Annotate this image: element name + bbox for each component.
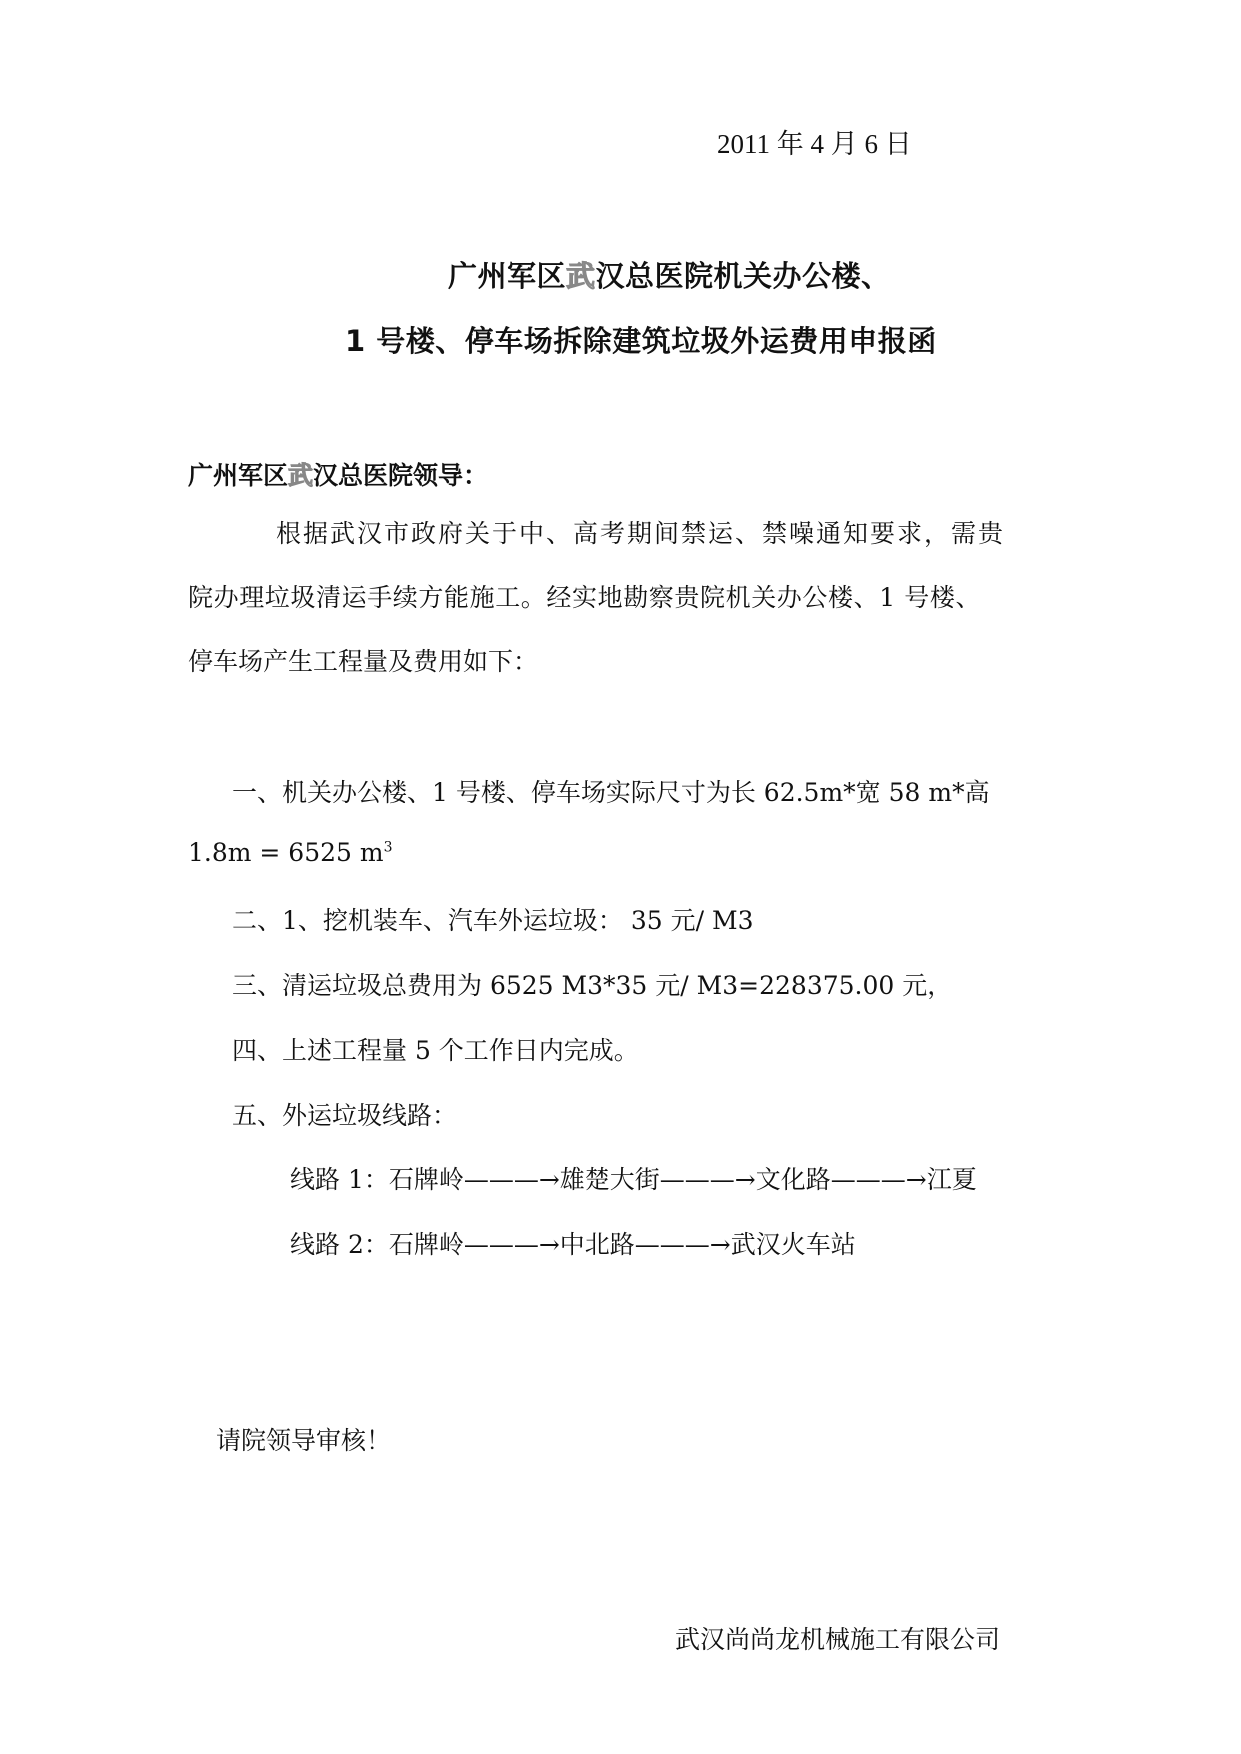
intro-paragraph-line-2: 院办理垃圾清运手续方能施工。经实地勘察贵院机关办公楼、1 号楼、: [188, 578, 981, 614]
item-2: 二、1、挖机装车、汽车外运垃圾： 35 元/ M3: [232, 901, 754, 937]
item-3: 三、清运垃圾总费用为 6525 M3*35 元/ M3=228375.00 元，: [232, 966, 952, 1002]
item-1-line-1: 一、机关办公楼、1 号楼、停车场实际尺寸为长 62.5m*宽 58 m*高: [232, 773, 990, 809]
company-signature: 武汉尚尚龙机械施工有限公司: [675, 1620, 1000, 1656]
document-title-line-2: 1 号楼、停车场拆除建筑垃圾外运费用申报函: [345, 319, 937, 360]
volume-text: 1.8m = 6525 m: [188, 838, 384, 867]
intro-paragraph-line-3: 停车场产生工程量及费用如下：: [188, 642, 538, 678]
document-title-line-1: 广州军区武汉总医院机关办公楼、: [448, 254, 891, 295]
intro-paragraph-line-1: 根据武汉市政府关于中、高考期间禁运、禁噪通知要求，需贵: [276, 514, 1005, 550]
salutation-highlight-char: 武: [288, 461, 313, 490]
route-2: 线路 2：石牌岭———→中北路———→武汉火车站: [290, 1225, 856, 1261]
title-highlight-char: 武: [566, 259, 596, 293]
item-4: 四、上述工程量 5 个工作日内完成。: [232, 1031, 639, 1067]
item-1-line-2: 1.8m = 6525 m3: [188, 838, 393, 867]
salutation-text: 汉总医院领导：: [313, 461, 488, 490]
title-text: 广州军区: [448, 259, 566, 293]
title-text: 汉总医院机关办公楼、: [596, 259, 891, 293]
document-date: 2011 年 4 月 6 日: [717, 122, 912, 161]
route-1: 线路 1：石牌岭———→雄楚大街———→文化路———→江夏: [290, 1160, 977, 1196]
salutation-text: 广州军区: [188, 461, 288, 490]
item-5: 五、外运垃圾线路：: [232, 1096, 457, 1132]
review-request: 请院领导审核！: [216, 1421, 391, 1457]
salutation: 广州军区武汉总医院领导：: [188, 456, 488, 492]
cubic-superscript: 3: [384, 840, 393, 856]
